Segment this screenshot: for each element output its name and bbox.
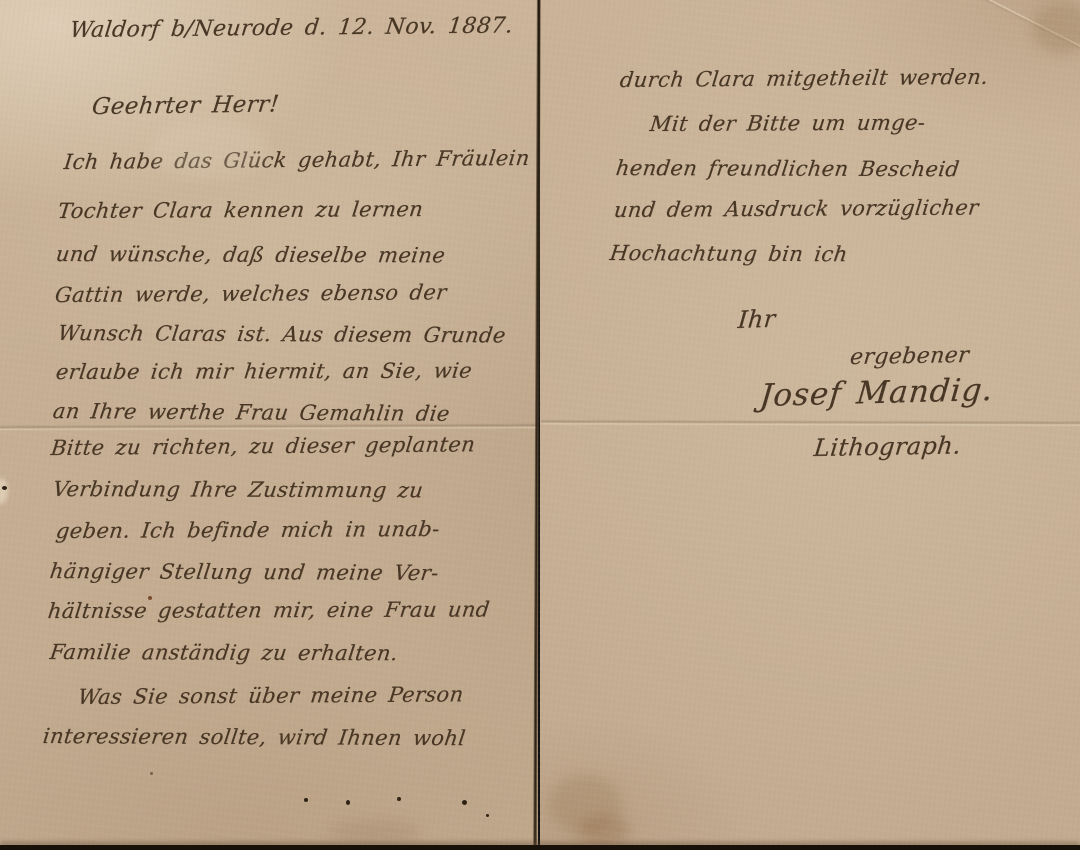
handwriting-line: und dem Ausdruck vorzüglicher <box>613 195 980 222</box>
ink-speck <box>346 800 350 805</box>
handwriting-line: Gattin werde, welches ebenso der <box>54 280 448 307</box>
handwriting-line: geben. Ich befinde mich in unab- <box>55 517 442 543</box>
closing-pronoun: Ihr <box>737 305 777 334</box>
handwriting-line: Ich habe das Glück gehabt, Ihr Fräulein <box>63 146 531 174</box>
ink-speck <box>462 800 467 805</box>
handwriting-line: hältnisse gestatten mir, eine Frau und <box>47 597 492 623</box>
stain <box>330 820 420 844</box>
ink-speck <box>2 486 7 490</box>
dateline: Waldorf b/Neurode d. 12. Nov. 1887. <box>69 13 515 43</box>
handwriting-line: interessieren sollte, wird Ihnen wohl <box>41 724 467 750</box>
closing-word: ergebener <box>849 343 971 370</box>
salutation: Geehrter Herr! <box>91 91 281 120</box>
rust-speck <box>148 596 152 600</box>
stain <box>578 815 630 845</box>
ink-speck <box>486 814 489 817</box>
ink-speck <box>397 797 401 801</box>
handwriting-line: Bitte zu richten, zu dieser geplanten <box>50 432 477 460</box>
handwriting-line: erlaube ich mir hiermit, an Sie, wie <box>55 359 474 384</box>
signature: Josef Mandig. <box>758 372 995 414</box>
profession: Lithograph. <box>813 431 963 462</box>
handwriting-line: Hochachtung bin ich <box>608 241 849 266</box>
ink-speck <box>150 772 153 775</box>
handwriting-line: Familie anständig zu erhalten. <box>48 640 399 665</box>
handwriting-line: Verbindung Ihre Zustimmung zu <box>51 477 424 502</box>
scan-bottom-edge <box>0 845 1080 850</box>
handwriting-line: Wunsch Claras ist. Aus diesem Grunde <box>56 321 507 347</box>
letter-scan: Waldorf b/Neurode d. 12. Nov. 1887. Geeh… <box>0 0 1080 850</box>
handwriting-line: henden freundlichen Bescheid <box>614 156 960 181</box>
handwriting-line: durch Clara mitgetheilt werden. <box>619 65 990 92</box>
handwriting-line: Was Sie sonst über meine Person <box>77 682 465 709</box>
handwriting-line: Tochter Clara kennen zu lernen <box>57 197 425 223</box>
handwriting-line: Mit der Bitte um umge- <box>649 111 927 136</box>
handwriting-line: hängiger Stellung und meine Ver- <box>48 559 440 585</box>
handwriting-line: und wünsche, daß dieselbe meine <box>54 242 446 267</box>
stain <box>150 120 270 180</box>
ink-speck <box>304 798 308 802</box>
handwriting-line: an Ihre werthe Frau Gemahlin die <box>51 399 451 426</box>
